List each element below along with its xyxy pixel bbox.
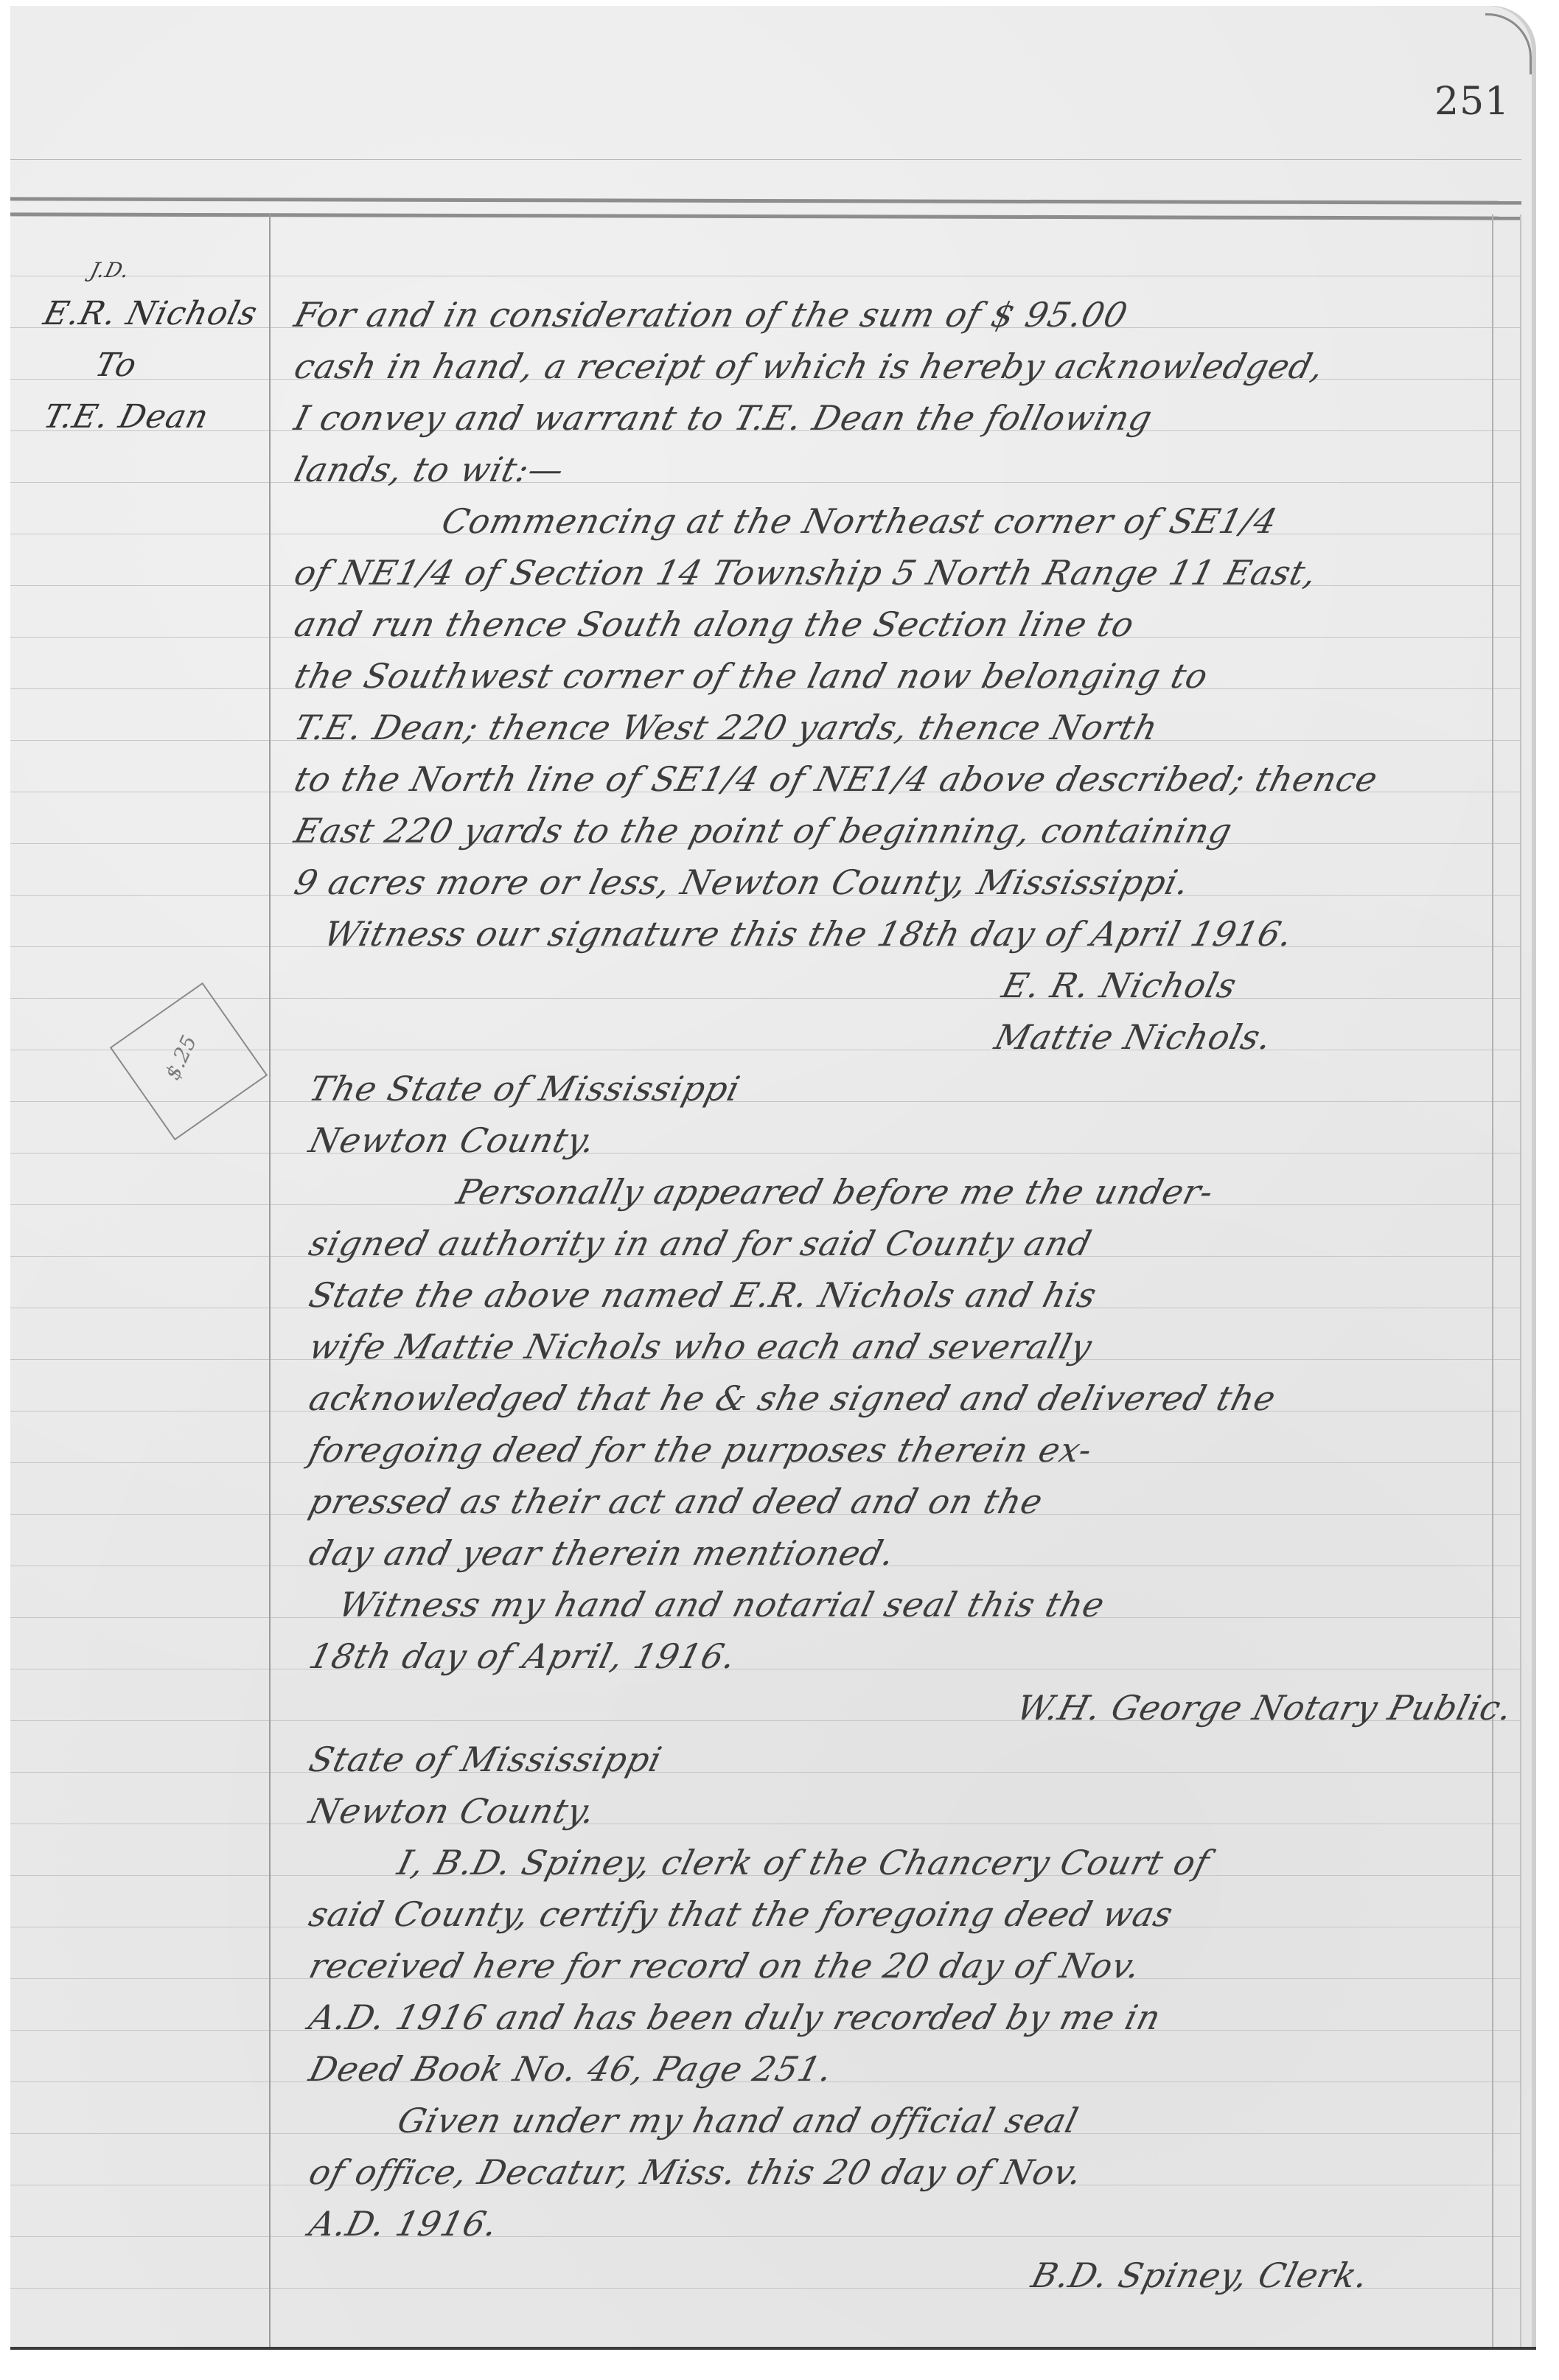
right-column-rule	[1492, 214, 1493, 2347]
deed-line: of NE1/4 of Section 14 Township 5 North …	[290, 553, 1322, 593]
cert-heading-state: State of Mississippi	[305, 1739, 666, 1779]
ack-line: State the above named E.R. Nichols and h…	[305, 1275, 1101, 1315]
deed-line: to the North line of SE1/4 of NE1/4 abov…	[290, 759, 1382, 799]
ledger-page: 251 J.D. E.R. Nichols To T.E. Dean $.25 …	[10, 6, 1536, 2350]
ack-line: foregoing deed for the purposes therein …	[305, 1430, 1097, 1470]
ruled-line	[10, 1669, 1521, 1669]
ruled-line	[10, 1101, 1521, 1102]
ack-line: Witness my hand and notarial seal this t…	[335, 1585, 1109, 1625]
header-double-rule-bottom	[10, 212, 1521, 220]
ruled-line	[10, 276, 1521, 276]
stamp-note: $.25	[160, 1032, 201, 1083]
page-number: 251	[1434, 80, 1510, 124]
cert-line: received here for record on the 20 day o…	[305, 1946, 1145, 1986]
deed-line: Commencing at the Northeast corner of SE…	[438, 501, 1282, 541]
grantor-signature: E. R. Nichols	[998, 966, 1241, 1005]
header-double-rule-top	[10, 197, 1521, 204]
deed-line: T.E. Dean; thence West 220 yards, thence…	[290, 708, 1162, 747]
margin-index-mark: J.D.	[88, 258, 133, 282]
ack-line: pressed as their act and deed and on the	[305, 1482, 1047, 1521]
deed-line: cash in hand, a receipt of which is here…	[290, 346, 1328, 386]
margin-column-rule	[269, 214, 271, 2347]
ack-line: signed authority in and for said County …	[305, 1224, 1096, 1263]
deed-line: Witness our signature this the 18th day …	[320, 914, 1297, 954]
notary-signature: W.H. George Notary Public.	[1013, 1688, 1517, 1728]
cert-line: of office, Decatur, Miss. this 20 day of…	[305, 2152, 1087, 2192]
deed-line: East 220 yards to the point of beginning…	[290, 811, 1237, 851]
cert-line: A.D. 1916 and has been duly recorded by …	[305, 1997, 1165, 2037]
ack-line: day and year therein mentioned.	[305, 1533, 899, 1573]
cert-line: Deed Book No. 46, Page 251.	[305, 2049, 837, 2089]
ack-line: wife Mattie Nichols who each and several…	[305, 1327, 1096, 1367]
ack-line: 18th day of April, 1916.	[305, 1636, 741, 1676]
deed-line: 9 acres more or less, Newton County, Mis…	[290, 862, 1194, 902]
page-corner-fold	[1485, 13, 1532, 74]
ruled-line	[10, 1772, 1521, 1773]
cert-heading-county: Newton County.	[305, 1791, 600, 1831]
deed-line: lands, to wit:—	[290, 450, 568, 489]
revenue-stamp-box: $.25	[110, 983, 268, 1140]
ruled-line	[10, 482, 1521, 483]
deed-line: For and in consideration of the sum of $…	[290, 295, 1132, 335]
deed-line: and run thence South along the Section l…	[290, 604, 1139, 644]
margin-grantee: T.E. Dean	[40, 398, 213, 436]
top-thin-rule	[10, 159, 1521, 160]
ack-line: acknowledged that he & she signed and de…	[305, 1378, 1280, 1418]
cert-line: said County, certify that the foregoing …	[305, 1894, 1177, 1934]
ack-heading-county: Newton County.	[305, 1120, 600, 1160]
cert-line: Given under my hand and official seal	[394, 2101, 1083, 2140]
ruled-line	[10, 998, 1521, 999]
margin-grantor: E.R. Nichols	[40, 295, 262, 332]
deed-line: I convey and warrant to T.E. Dean the fo…	[290, 398, 1157, 438]
ruled-line	[10, 1824, 1521, 1824]
ack-line: Personally appeared before me the under-	[453, 1172, 1218, 1212]
cert-line: A.D. 1916.	[305, 2204, 502, 2244]
ack-heading-state: The State of Mississippi	[305, 1069, 744, 1109]
right-edge-rule	[1520, 214, 1521, 2347]
clerk-signature: B.D. Spiney, Clerk.	[1028, 2255, 1373, 2295]
deed-line: the Southwest corner of the land now bel…	[290, 656, 1213, 696]
cert-line: I, B.D. Spiney, clerk of the Chancery Co…	[394, 1843, 1214, 1882]
ruled-line	[10, 2236, 1521, 2237]
grantor-wife-signature: Mattie Nichols.	[991, 1017, 1277, 1057]
ruled-line	[10, 1153, 1521, 1154]
